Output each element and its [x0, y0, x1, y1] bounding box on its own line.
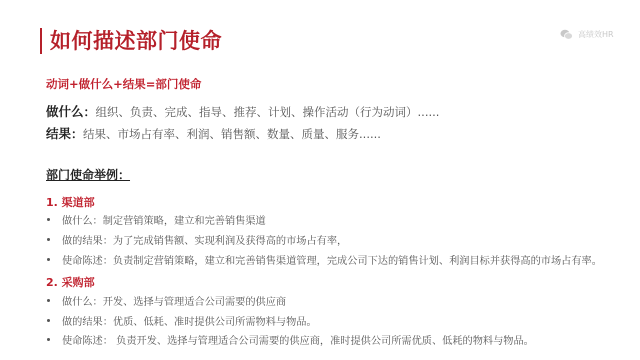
wechat-icon	[560, 29, 573, 40]
bullet-icon	[47, 338, 50, 341]
definition-key: 做什么	[46, 104, 84, 119]
bullet-icon	[47, 319, 50, 322]
department-title-purchasing: 2. 采购部	[46, 274, 95, 290]
list-item-text: 做的结果：优质、低耗、准时提供公司所需物料与物品。	[62, 313, 317, 328]
definition-key: 结果	[46, 126, 71, 141]
list-item-text: 使命陈述：负责制定营销策略，建立和完善销售渠道管理，完成公司下达的销售计划、利润…	[62, 252, 602, 267]
list-item-text: 做的结果：为了完成销售额、实现利润及获得高的市场占有率，	[62, 232, 347, 247]
department-title-channel: 1. 渠道部	[46, 194, 95, 210]
list-item-text: 做什么：开发、选择与管理适合公司需要的供应商	[62, 293, 286, 308]
definition-separator: ：	[84, 105, 96, 119]
definition-result: 结果：结果、市场占有率、利润、销售额、数量、质量、服务......	[46, 124, 381, 142]
slide: 如何描述部门使命 高绩效HR 动词+做什么+结果=部门使命 做什么：组织、负责、…	[0, 0, 640, 360]
list-item: 做什么：开发、选择与管理适合公司需要的供应商	[46, 293, 286, 308]
list-item: 做什么：制定营销策略，建立和完善销售渠道	[46, 212, 266, 227]
list-item: 使命陈述：负责制定营销策略，建立和完善销售渠道管理，完成公司下达的销售计划、利润…	[46, 252, 602, 267]
list-item-text: 使命陈述： 负责开发、选择与管理适合公司需要的供应商，准时提供公司所需优质、低耗…	[62, 332, 534, 347]
bullet-icon	[47, 218, 50, 221]
slide-title: 如何描述部门使命	[50, 26, 222, 56]
list-item-text: 做什么：制定营销策略，建立和完善销售渠道	[62, 212, 266, 227]
brand-label: 高绩效HR	[578, 29, 614, 40]
definition-value: 结果、市场占有率、利润、销售额、数量、质量、服务......	[83, 127, 381, 141]
list-item: 使命陈述： 负责开发、选择与管理适合公司需要的供应商，准时提供公司所需优质、低耗…	[46, 332, 534, 347]
bullet-icon	[47, 299, 50, 302]
bullet-icon	[47, 258, 50, 261]
list-item: 做的结果：优质、低耗、准时提供公司所需物料与物品。	[46, 313, 317, 328]
definition-separator: ：	[71, 127, 83, 141]
definition-value: 组织、负责、完成、指导、推荐、计划、操作活动（行为动词）......	[96, 105, 440, 119]
title-accent-bar	[40, 28, 42, 54]
mission-formula: 动词+做什么+结果=部门使命	[46, 76, 201, 92]
list-item: 做的结果：为了完成销售额、实现利润及获得高的市场占有率，	[46, 232, 347, 247]
bullet-icon	[47, 238, 50, 241]
definition-what: 做什么：组织、负责、完成、指导、推荐、计划、操作活动（行为动词）......	[46, 102, 439, 120]
brand-watermark: 高绩效HR	[560, 29, 614, 40]
examples-heading: 部门使命举例：	[46, 166, 130, 183]
